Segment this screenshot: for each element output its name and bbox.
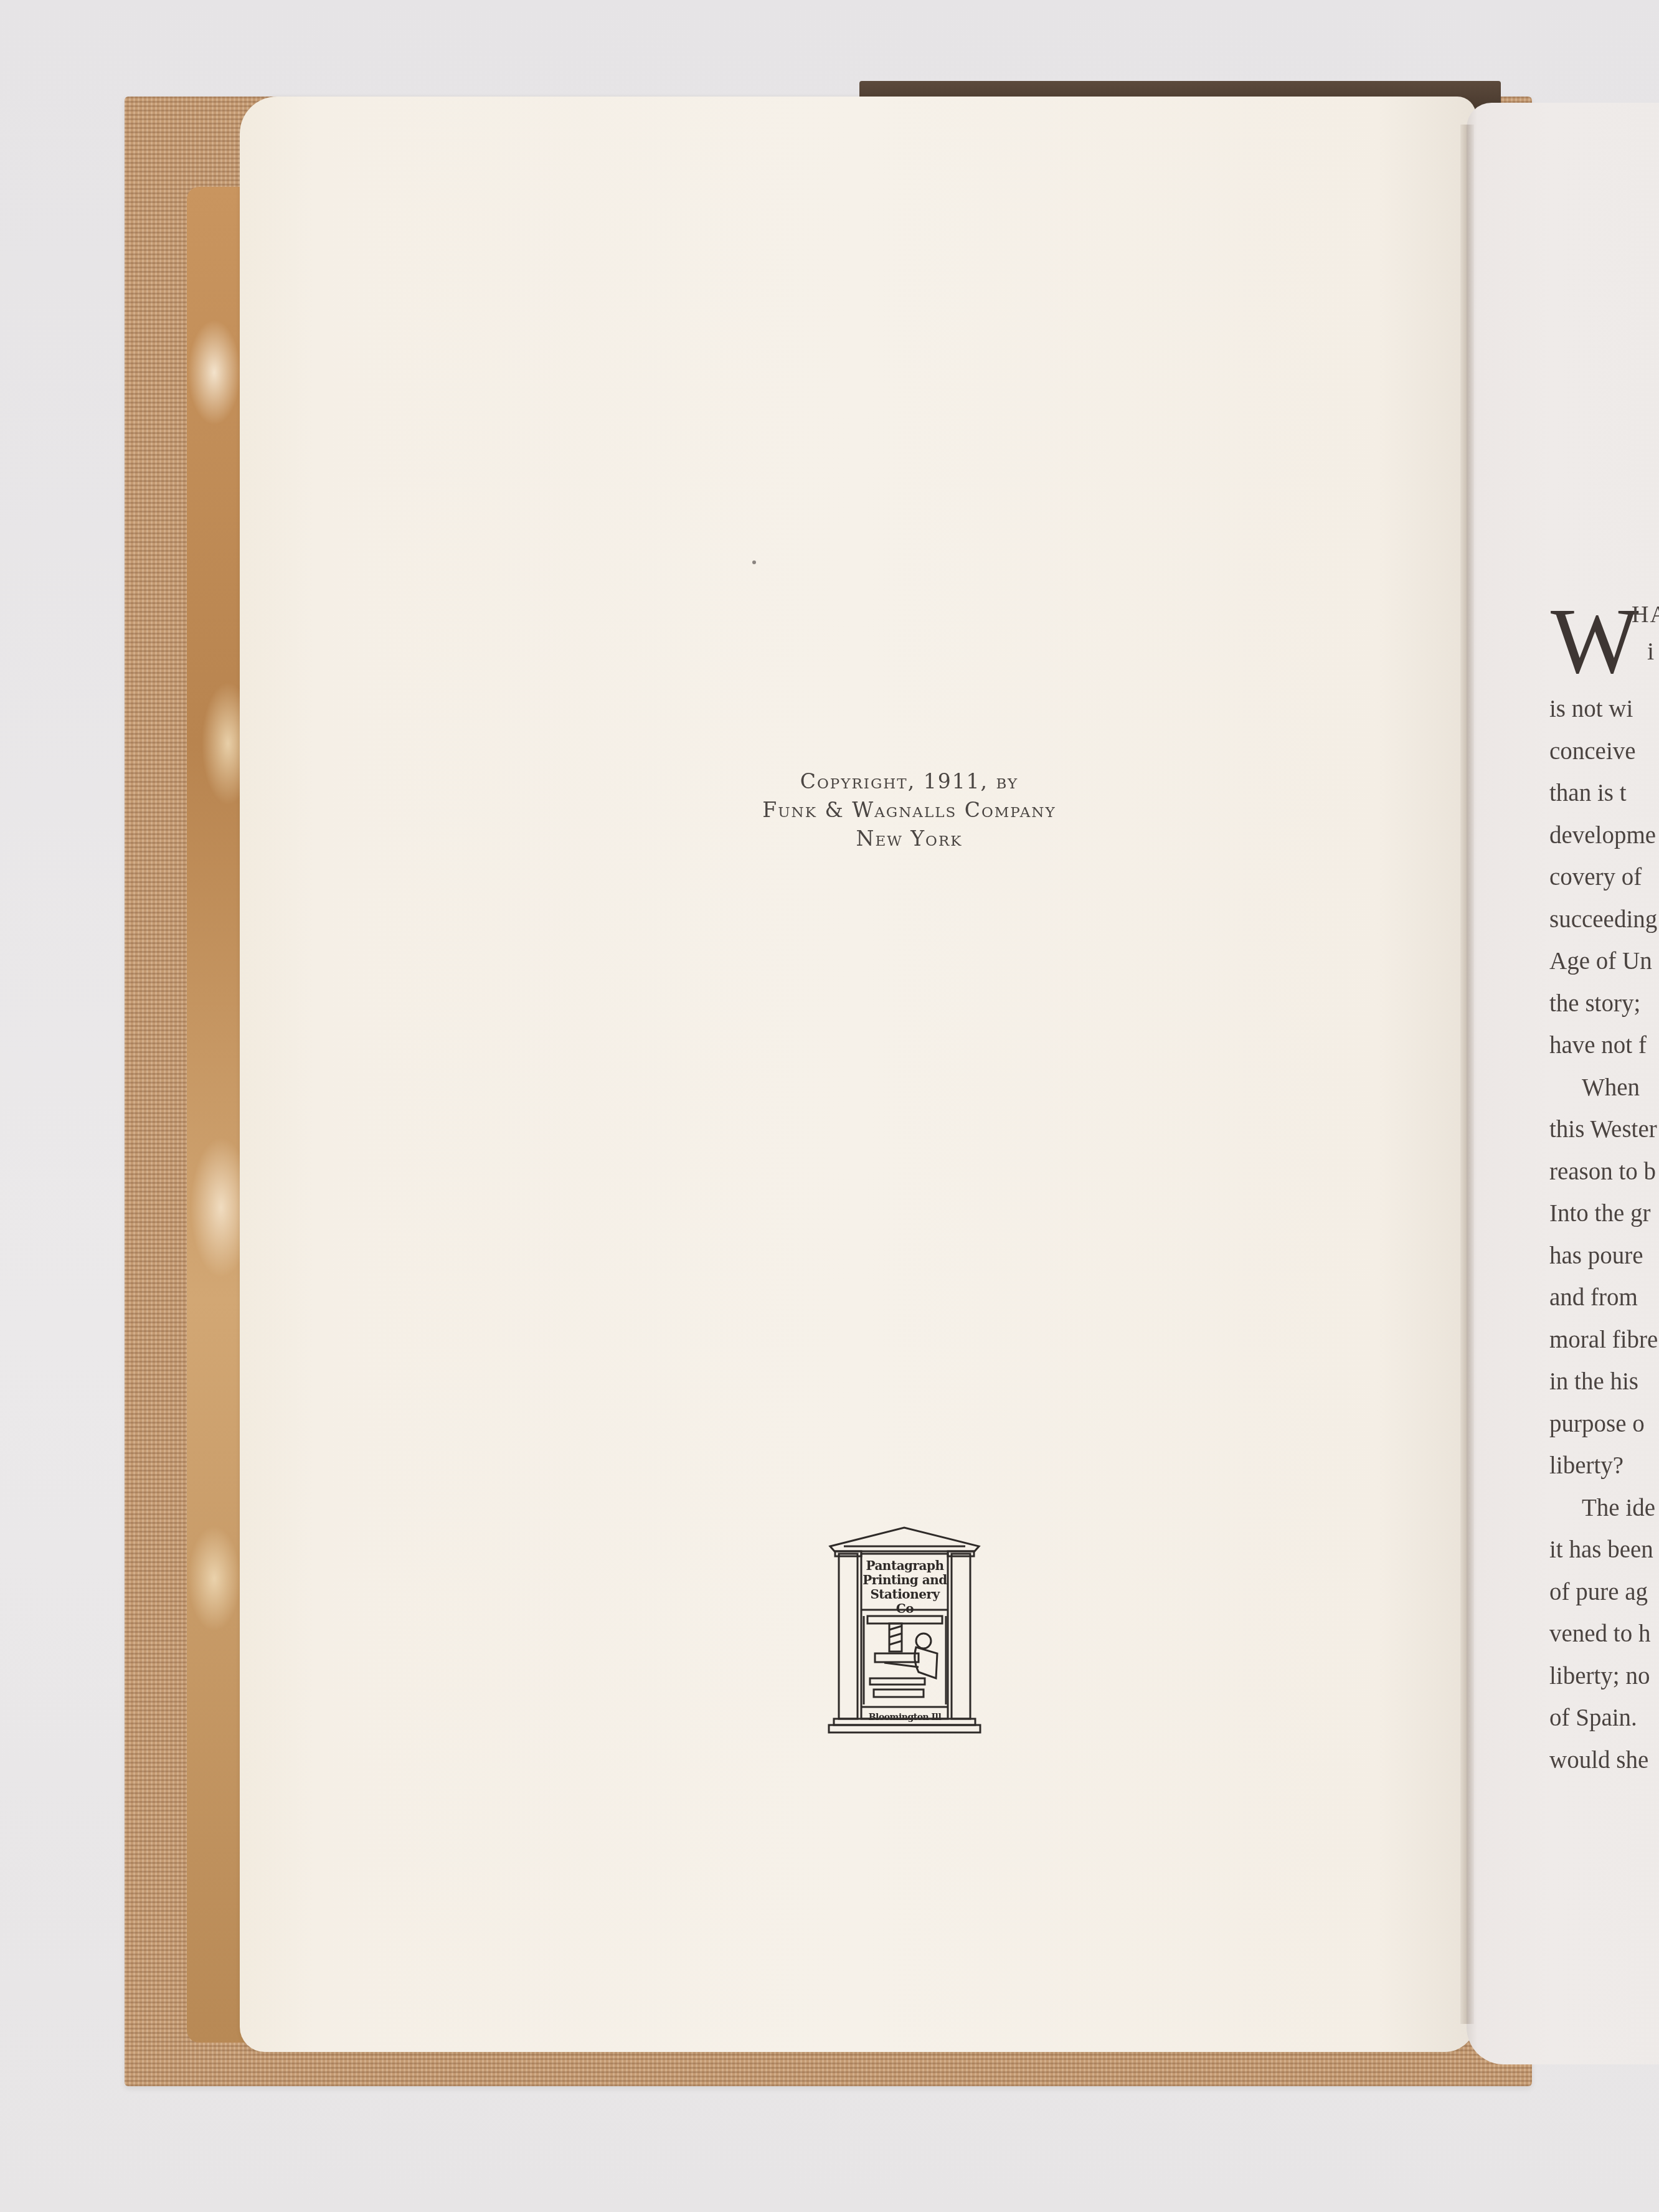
text-line: of pure ag xyxy=(1549,1571,1658,1614)
printer-mark-line-3: Stationery Co xyxy=(861,1587,948,1616)
text-line: When xyxy=(1549,1067,1658,1109)
text-line: the story; xyxy=(1549,983,1658,1025)
first-line-rest: HA xyxy=(1632,601,1659,628)
text-line: than is t xyxy=(1549,772,1658,815)
copyright-line-3: New York xyxy=(735,825,1084,853)
printer-mark-title: Pantagraph Printing and Stationery Co xyxy=(861,1559,948,1616)
text-line: covery of xyxy=(1549,856,1658,899)
page-gutter xyxy=(1460,125,1474,2024)
copyright-line-2: Funk & Wagnalls Company xyxy=(735,796,1084,825)
second-line-fragment: i xyxy=(1647,636,1654,666)
right-page-body-text: is not wi conceive than is t developme c… xyxy=(1549,688,1658,1781)
temple-printing-press-icon xyxy=(825,1523,984,1734)
text-line: liberty? xyxy=(1549,1445,1658,1487)
text-line: it has been xyxy=(1549,1529,1658,1571)
printer-mark-line-2: Printing and xyxy=(861,1573,948,1587)
text-line: conceive xyxy=(1549,730,1658,773)
text-line: moral fibre xyxy=(1549,1319,1658,1361)
text-line: has poure xyxy=(1549,1235,1658,1277)
printer-mark: Pantagraph Printing and Stationery Co Bl… xyxy=(825,1523,984,1734)
text-line: Into the gr xyxy=(1549,1193,1658,1235)
copyright-line-1: Copyright, 1911, by xyxy=(735,767,1084,796)
text-line: The ide xyxy=(1549,1487,1658,1529)
text-line: Age of Un xyxy=(1549,940,1658,983)
text-line: of Spain. xyxy=(1549,1697,1658,1739)
text-line: would she xyxy=(1549,1739,1658,1782)
text-line: is not wi xyxy=(1549,688,1658,730)
text-line: liberty; no xyxy=(1549,1655,1658,1698)
text-line: this Wester xyxy=(1549,1108,1658,1151)
left-page xyxy=(240,97,1476,2052)
printer-mark-line-1: Pantagraph xyxy=(861,1559,948,1573)
text-line: purpose o xyxy=(1549,1403,1658,1445)
text-line: in the his xyxy=(1549,1361,1658,1403)
copyright-notice: Copyright, 1911, by Funk & Wagnalls Comp… xyxy=(735,767,1084,853)
text-line: have not f xyxy=(1549,1024,1658,1067)
text-line: and from xyxy=(1549,1277,1658,1319)
text-line: reason to b xyxy=(1549,1151,1658,1193)
text-line: succeeding xyxy=(1549,899,1658,941)
drop-cap: W xyxy=(1551,601,1639,682)
paper-speck xyxy=(752,560,756,564)
printer-mark-city: Bloomington Ill xyxy=(861,1713,948,1723)
text-line: vened to h xyxy=(1549,1613,1658,1655)
text-line: developme xyxy=(1549,815,1658,857)
